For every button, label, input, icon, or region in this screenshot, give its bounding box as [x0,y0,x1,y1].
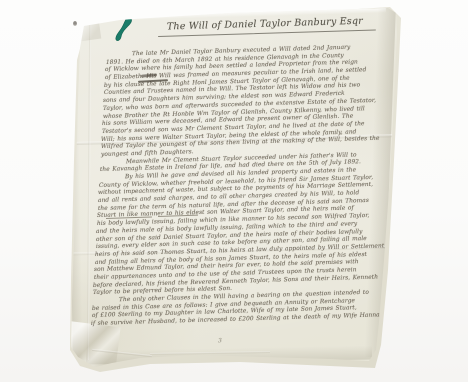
photo-backdrop: The Will of Daniel Taylor Banbury Esqr T… [0,0,468,382]
page-number: 3 [120,334,320,347]
green-seal-mark [112,15,136,44]
pin-mark [73,21,77,26]
vertical-fold-crease [87,24,91,360]
manuscript-body: The late Mr Daniel Taylor Banbury execut… [106,52,400,329]
top-left-corner-fold [79,19,102,42]
